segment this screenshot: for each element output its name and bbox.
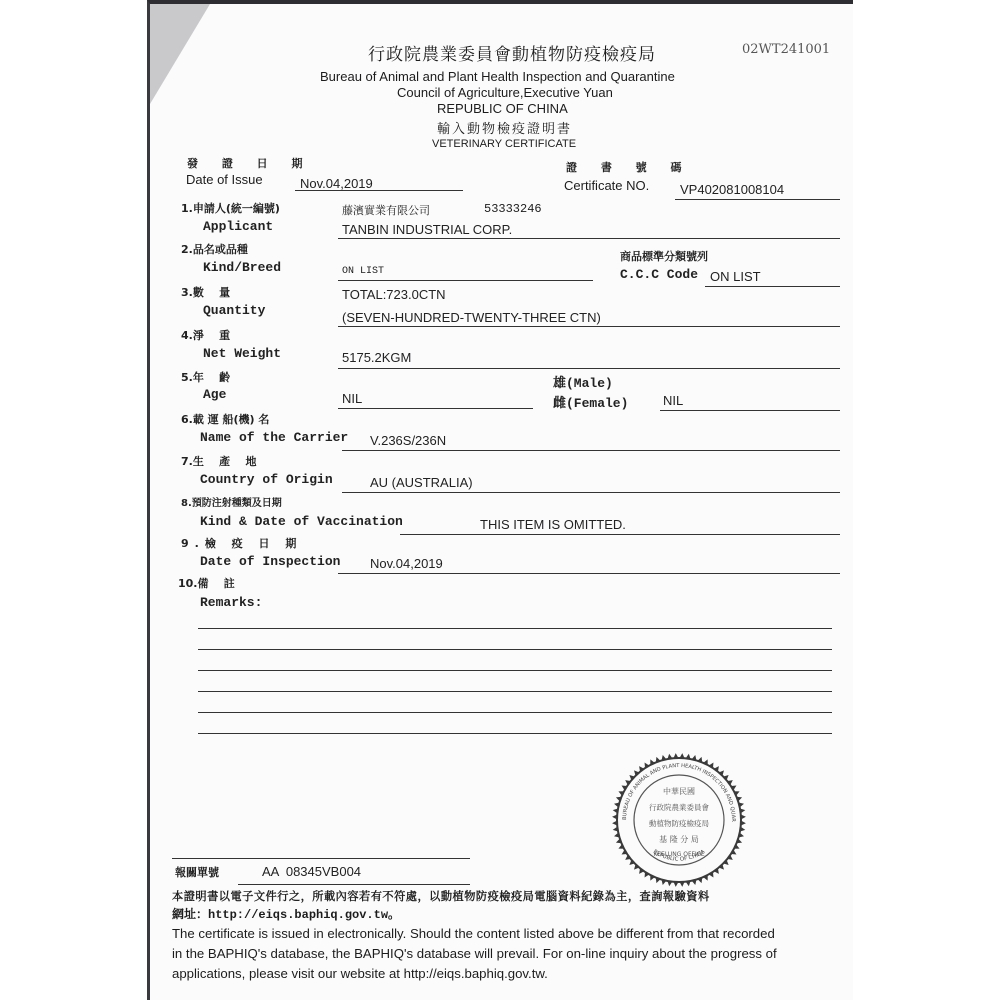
cert-no-value: VP402081008104 <box>680 182 784 197</box>
notice-zh-line2: 網址：http://eiqs.baphiq.gov.tw。 <box>172 905 400 922</box>
svg-text:行政院農業委員會: 行政院農業委員會 <box>649 802 709 812</box>
age-value: NIL <box>342 391 362 406</box>
vaccination-label-zh: 8.預防注射種類及日期 <box>181 494 282 509</box>
remarks-label: Remarks: <box>200 595 262 610</box>
svg-text:基 隆 分 局: 基 隆 分 局 <box>659 834 699 844</box>
notice-en-line2: in the BAPHIQ's database, the BAPHIQ's d… <box>172 946 777 961</box>
kind-value: ON LIST <box>342 266 384 277</box>
remark-line <box>198 670 832 671</box>
applicant-id: 53333246 <box>484 202 542 216</box>
declaration-top-line <box>172 858 470 859</box>
vaccination-underline <box>400 534 840 535</box>
quantity-label-zh: 3.數 量 <box>181 284 230 300</box>
agency-title-zh: 行政院農業委員會動植物防疫檢疫局 <box>368 40 656 65</box>
issue-date-value: Nov.04,2019 <box>300 176 373 191</box>
vaccination-value: THIS ITEM IS OMITTED. <box>480 517 626 532</box>
carrier-label-zh: 6.載 運 船(機) 名 <box>181 411 269 427</box>
svg-text:KEELUNG OFFICE: KEELUNG OFFICE <box>653 851 705 858</box>
ccc-code-underline <box>705 286 840 287</box>
quantity-total: TOTAL:723.0CTN <box>342 287 446 302</box>
carrier-value: V.236S/236N <box>370 433 446 448</box>
cert-no-underline <box>675 199 840 200</box>
inspection-label: Date of Inspection <box>200 554 340 569</box>
female-underline <box>660 410 840 411</box>
ccc-code-value: ON LIST <box>710 269 761 284</box>
seal-emblem-icon: BUREAU OF ANIMAL AND PLANT HEALTH INSPEC… <box>606 752 752 888</box>
doc-title-en: VETERINARY CERTIFICATE <box>432 138 576 150</box>
notice-en-line1: The certificate is issued in electronica… <box>172 926 775 941</box>
remark-line <box>198 649 832 650</box>
form-code: 02WT241001 <box>742 42 830 57</box>
notice-zh-line1: 本證明書以電子文件行之，所載內容若有不符處，以動植物防疫檢疫局電腦資料紀錄為主，… <box>172 888 710 904</box>
applicant-name-zh: 藤濱實業有限公司 <box>342 202 430 218</box>
remark-line <box>198 712 832 713</box>
issue-date-label-zh: 發 證 日 期 <box>187 155 313 171</box>
origin-underline <box>342 492 840 493</box>
carrier-underline <box>342 450 840 451</box>
quantity-words: (SEVEN-HUNDRED-TWENTY-THREE CTN) <box>342 310 601 325</box>
net-weight-value: 5175.2KGM <box>342 350 411 365</box>
council-title: Council of Agriculture,Executive Yuan <box>397 85 613 100</box>
quantity-label: Quantity <box>203 303 265 318</box>
remarks-label-zh: 10.備 註 <box>178 575 235 591</box>
net-weight-label: Net Weight <box>203 346 281 361</box>
applicant-value: TANBIN INDUSTRIAL CORP. <box>342 222 512 237</box>
inspection-value: Nov.04,2019 <box>370 556 443 571</box>
cert-no-label: Certificate NO. <box>564 178 649 193</box>
age-label-zh: 5.年 齡 <box>181 369 230 385</box>
remark-line <box>198 628 832 629</box>
remark-line <box>198 691 832 692</box>
age-underline <box>338 408 533 409</box>
country-title: REPUBLIC OF CHINA <box>437 101 568 116</box>
inspection-underline <box>338 573 840 574</box>
origin-value: AU (AUSTRALIA) <box>370 475 473 490</box>
page-fold-corner <box>150 4 210 104</box>
applicant-label-zh: 1.申請人(統一編號) <box>181 200 280 216</box>
vaccination-label: Kind & Date of Vaccination <box>200 514 403 529</box>
kind-label-zh: 2.品名或品種 <box>181 241 248 257</box>
origin-label: Country of Origin <box>200 472 333 487</box>
net-weight-underline <box>338 368 840 369</box>
declaration-value: AA 08345VB004 <box>262 864 361 879</box>
doc-title-zh: 輸入動物檢疫證明書 <box>437 118 572 137</box>
kind-label: Kind/Breed <box>203 260 281 275</box>
remark-line <box>198 733 832 734</box>
ccc-code-label-zh: 商品標準分類號列 <box>620 248 708 264</box>
official-seal: BUREAU OF ANIMAL AND PLANT HEALTH INSPEC… <box>606 752 752 888</box>
quantity-underline <box>338 326 840 327</box>
notice-en-line3: applications, please visit our website a… <box>172 966 548 981</box>
male-label: 雄(Male) <box>553 372 613 391</box>
origin-label-zh: 7.生 產 地 <box>181 453 256 469</box>
female-value: NIL <box>663 393 683 408</box>
declaration-underline <box>238 884 470 885</box>
svg-text:中華民國: 中華民國 <box>663 786 695 796</box>
net-weight-label-zh: 4.淨 重 <box>181 327 230 343</box>
declaration-label: 報關單號 <box>175 864 219 880</box>
kind-underline <box>338 280 593 281</box>
agency-title-en: Bureau of Animal and Plant Health Inspec… <box>320 69 675 84</box>
age-label: Age <box>203 387 226 402</box>
applicant-underline <box>338 238 840 239</box>
cert-no-label-zh: 證 書 號 碼 <box>566 159 692 175</box>
issue-date-label: Date of Issue <box>186 172 263 187</box>
issue-date-underline <box>295 190 463 191</box>
female-label: 雌(Female) <box>553 392 628 411</box>
svg-text:動植物防疫檢疫局: 動植物防疫檢疫局 <box>649 818 709 828</box>
applicant-label: Applicant <box>203 219 273 234</box>
carrier-label: Name of the Carrier <box>200 430 348 445</box>
ccc-code-label: C.C.C Code <box>620 267 698 282</box>
inspection-label-zh: 9.檢 疫 日 期 <box>181 535 302 551</box>
